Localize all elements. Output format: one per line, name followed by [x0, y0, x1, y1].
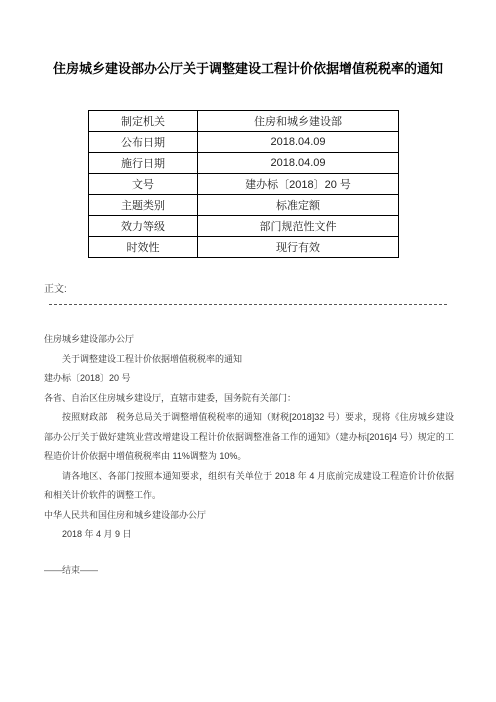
table-row: 施行日期 2018.04.09 [89, 153, 399, 174]
paragraph-main-1: 按照财政部 税务总局关于调整增值税税率的通知（财税[2018]32 号）要求，现… [44, 408, 454, 467]
body-section-label: 正文: [44, 280, 496, 295]
table-row: 时效性 现行有效 [89, 237, 399, 258]
table-row: 主题类别 标准定额 [89, 195, 399, 216]
meta-label: 时效性 [89, 237, 198, 258]
meta-label: 效力等级 [89, 216, 198, 237]
paragraph-agency-line1: 住房城乡建设部办公厅 [44, 330, 454, 350]
meta-label: 公布日期 [89, 132, 198, 153]
meta-value: 住房和城乡建设部 [198, 111, 399, 132]
paragraph-document-number: 建办标〔2018〕20 号 [44, 369, 454, 389]
meta-value: 2018.04.09 [198, 153, 399, 174]
meta-value: 现行有效 [198, 237, 399, 258]
paragraph-date: 2018 年 4 月 9 日 [44, 525, 454, 545]
table-row: 制定机关 住房和城乡建设部 [89, 111, 399, 132]
document-page: 住房城乡建设部办公厅关于调整建设工程计价依据增值税税率的通知 制定机关 住房和城… [0, 60, 496, 576]
meta-value: 建办标〔2018〕20 号 [198, 174, 399, 195]
meta-label: 制定机关 [89, 111, 198, 132]
meta-label: 文号 [89, 174, 198, 195]
meta-value: 部门规范性文件 [198, 216, 399, 237]
paragraph-signature: 中华人民共和国住房和城乡建设部办公厅 [44, 506, 454, 526]
dashed-divider [49, 304, 447, 305]
table-row: 文号 建办标〔2018〕20 号 [89, 174, 399, 195]
metadata-table: 制定机关 住房和城乡建设部 公布日期 2018.04.09 施行日期 2018.… [88, 110, 399, 258]
paragraph-recipients: 各省、自治区住房城乡建设厅，直辖市建委，国务院有关部门： [44, 389, 454, 409]
paragraph-notice-title: 关于调整建设工程计价依据增值税税率的通知 [44, 350, 454, 370]
meta-value: 标准定额 [198, 195, 399, 216]
document-body: 住房城乡建设部办公厅 关于调整建设工程计价依据增值税税率的通知 建办标〔2018… [44, 330, 454, 545]
table-row: 效力等级 部门规范性文件 [89, 216, 399, 237]
end-marker: ——结束—— [44, 563, 496, 576]
meta-label: 施行日期 [89, 153, 198, 174]
meta-label: 主题类别 [89, 195, 198, 216]
meta-value: 2018.04.09 [198, 132, 399, 153]
paragraph-main-2: 请各地区、各部门按照本通知要求，组织有关单位于 2018 年 4 月底前完成建设… [44, 467, 454, 506]
table-row: 公布日期 2018.04.09 [89, 132, 399, 153]
page-title: 住房城乡建设部办公厅关于调整建设工程计价依据增值税税率的通知 [26, 60, 470, 78]
